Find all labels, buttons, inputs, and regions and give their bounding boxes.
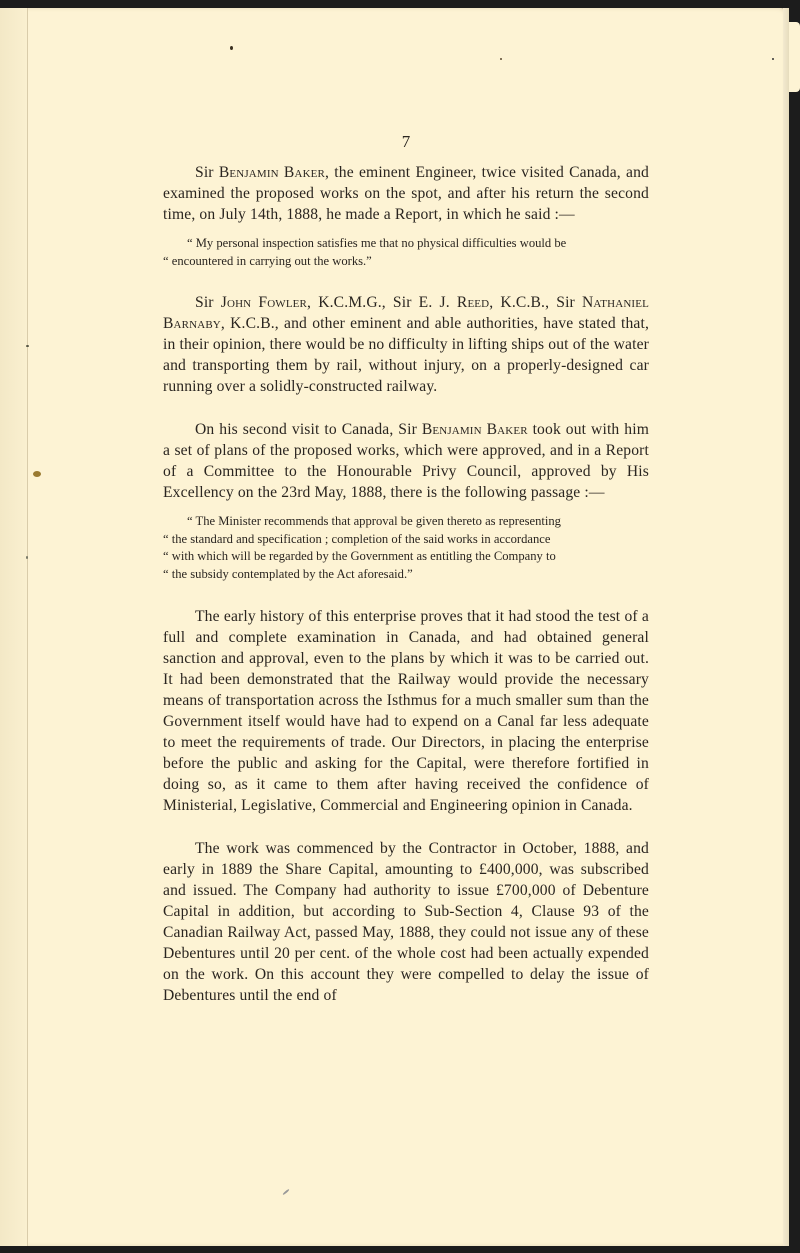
page-edge [783, 8, 789, 1246]
page-text: 7 Sir Benjamin Baker, the eminent Engine… [163, 132, 649, 1006]
page-tab [789, 22, 800, 92]
ink-speck [230, 46, 233, 50]
text-run: , K.C.B., Sir [489, 294, 582, 311]
person-name: Benjamin Baker [422, 421, 528, 438]
paragraph-early-history: The early history of this enterprise pro… [163, 606, 649, 816]
binding-fold-line [27, 8, 28, 1246]
ink-speck [26, 556, 28, 559]
text-run: Sir [195, 294, 221, 311]
paragraph-second-visit: On his second visit to Canada, Sir Benja… [163, 419, 649, 503]
paragraph-baker-visit: Sir Benjamin Baker, the eminent Engineer… [163, 162, 649, 225]
ink-speck [26, 345, 29, 347]
person-name: John Fowler [221, 294, 307, 311]
quote-line: “ encountered in carrying out the works.… [163, 253, 649, 271]
person-name: Benjamin Baker [219, 164, 325, 181]
text-run: On his second visit to Canada, Sir [195, 421, 422, 438]
paragraph-work-commenced: The work was commenced by the Contractor… [163, 838, 649, 1006]
paragraph-authorities: Sir John Fowler, K.C.M.G., Sir E. J. Ree… [163, 292, 649, 397]
person-name: Reed [457, 294, 489, 311]
gutter-shade [0, 8, 27, 1246]
ink-speck [500, 58, 502, 60]
page-number: 7 [163, 132, 649, 152]
quote-line: “ the subsidy contemplated by the Act af… [163, 566, 649, 584]
text-run: , K.C.B., and other eminent and able aut… [163, 315, 649, 395]
quotation-baker-report: “ My personal inspection satisfies me th… [163, 235, 649, 270]
scanned-document: 7 Sir Benjamin Baker, the eminent Engine… [0, 0, 800, 1253]
quote-line: “ the standard and specification ; compl… [163, 531, 649, 549]
pencil-mark [282, 1189, 289, 1196]
quotation-privy-council: “ The Minister recommends that approval … [163, 513, 649, 583]
text-run: , K.C.M.G., Sir E. J. [307, 294, 457, 311]
quote-line: “ The Minister recommends that approval … [163, 513, 649, 531]
ink-speck [772, 58, 774, 60]
paper-page: 7 Sir Benjamin Baker, the eminent Engine… [0, 8, 789, 1246]
foxing-spot [33, 471, 41, 477]
text-run: Sir [195, 164, 219, 181]
quote-line: “ with which will be regarded by the Gov… [163, 548, 649, 566]
quote-line: “ My personal inspection satisfies me th… [163, 235, 649, 253]
